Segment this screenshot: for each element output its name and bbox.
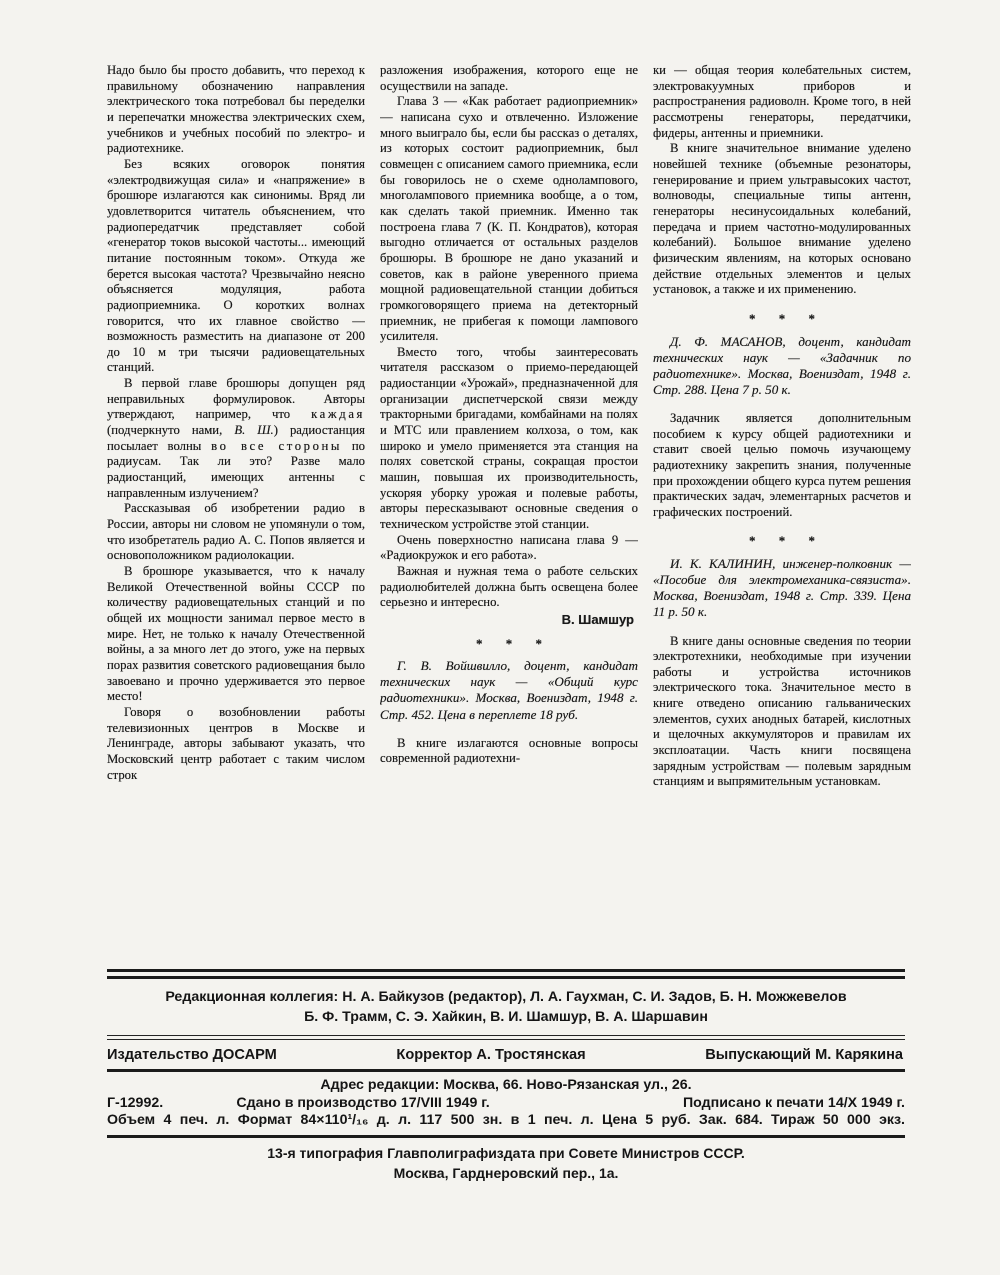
paragraph: Вместо того, чтобы заинтересовать читате… bbox=[380, 345, 638, 533]
paragraph: Надо было бы просто добавить, что перехо… bbox=[107, 63, 365, 157]
production-dates-row: Г-12992. Сдано в производство 17/VIII 19… bbox=[107, 1096, 905, 1111]
column-2: разложения изображения, которого еще не … bbox=[380, 63, 638, 960]
paragraph: Глава 3 — «Как работает радиоприемник» —… bbox=[380, 94, 638, 345]
paragraph: Очень поверхностно написана глава 9 — «Р… bbox=[380, 533, 638, 564]
book-reference: И. К. КАЛИНИН, инженер-полковник — «Посо… bbox=[653, 556, 911, 620]
rule-heavy bbox=[107, 1135, 905, 1138]
paragraph: Говоря о возобновлении работы телевизион… bbox=[107, 705, 365, 783]
paragraph: разложения изображения, которого еще не … bbox=[380, 63, 638, 94]
column-1: Надо было бы просто добавить, что перехо… bbox=[107, 63, 365, 960]
imprint-meta: Адрес редакции: Москва, 66. Ново-Рязанск… bbox=[107, 1078, 905, 1128]
editorial-address: Адрес редакции: Москва, 66. Ново-Рязанск… bbox=[107, 1078, 905, 1093]
scanned-journal-page: Надо было бы просто добавить, что перехо… bbox=[0, 0, 1000, 1275]
text-run: (подчеркнуто нами, bbox=[107, 423, 234, 437]
editorial-board-line1: Редакционная коллегия: Н. А. Байкузов (р… bbox=[107, 988, 905, 1008]
section-separator: * * * bbox=[380, 636, 638, 652]
volume-format-line: Объем 4 печ. л. Формат 84×110¹/₁₆ д. л. … bbox=[107, 1113, 905, 1128]
section-separator: * * * bbox=[653, 533, 911, 549]
paragraph: В книге излагаются основные вопросы совр… bbox=[380, 736, 638, 767]
editorial-board-line2: Б. Ф. Трамм, С. Э. Хайкин, В. И. Шамшур,… bbox=[107, 1008, 905, 1028]
rule-heavy bbox=[107, 1069, 905, 1072]
imprint-footer: Редакционная коллегия: Н. А. Байкузов (р… bbox=[107, 969, 905, 1183]
editorial-board: Редакционная коллегия: Н. А. Байкузов (р… bbox=[107, 988, 905, 1027]
paragraph: Без всяких оговорок понятия «электродвиж… bbox=[107, 157, 365, 376]
double-rule-thin bbox=[107, 1035, 905, 1040]
emphasis-italic: В. Ш. bbox=[234, 423, 273, 437]
author-signature: В. Шамшур bbox=[380, 612, 634, 628]
paragraph: Важная и нужная тема о работе сельских р… bbox=[380, 564, 638, 611]
producer-credit: Выпускающий М. Карякина bbox=[705, 1047, 903, 1063]
text-columns: Надо было бы просто добавить, что перехо… bbox=[0, 0, 1000, 960]
column-3: ки — общая теория колебательных систем, … bbox=[653, 63, 911, 960]
paragraph: В книге значительное внимание уделено но… bbox=[653, 141, 911, 298]
paragraph: Задачник является дополнительным пособие… bbox=[653, 411, 911, 521]
paragraph: Рассказывая об изобретении радио в Росси… bbox=[107, 501, 365, 564]
double-rule-heavy bbox=[107, 969, 905, 979]
order-code: Г-12992. bbox=[107, 1096, 163, 1111]
paragraph: В первой главе брошюры допущен ряд непра… bbox=[107, 376, 365, 501]
emphasis-letterspaced: каждая bbox=[311, 407, 365, 421]
corrector-credit: Корректор А. Тростянская bbox=[396, 1047, 585, 1063]
book-reference: Д. Ф. МАСАНОВ, доцент, кандидат техничес… bbox=[653, 334, 911, 398]
publisher-name: Издательство ДОСАРМ bbox=[107, 1047, 277, 1063]
paragraph: В книге даны основные сведения по теории… bbox=[653, 634, 911, 791]
signed-to-print-date: Подписано к печати 14/X 1949 г. bbox=[683, 1096, 905, 1111]
paragraph: В брошюре указывается, что к началу Вели… bbox=[107, 564, 365, 705]
printing-house-line2: Москва, Гарднеровский пер., 1а. bbox=[107, 1164, 905, 1184]
emphasis-letterspaced: во все стороны bbox=[211, 439, 342, 453]
section-separator: * * * bbox=[653, 311, 911, 327]
publisher-row: Издательство ДОСАРМ Корректор А. Тростян… bbox=[107, 1047, 903, 1063]
printing-house: 13-я типография Главполиграфиздата при С… bbox=[107, 1144, 905, 1183]
sent-to-production-date: Сдано в производство 17/VIII 1949 г. bbox=[236, 1096, 489, 1111]
printing-house-line1: 13-я типография Главполиграфиздата при С… bbox=[107, 1144, 905, 1164]
paragraph: ки — общая теория колебательных систем, … bbox=[653, 63, 911, 141]
book-reference: Г. В. Войшвилло, доцент, кандидат технич… bbox=[380, 658, 638, 722]
